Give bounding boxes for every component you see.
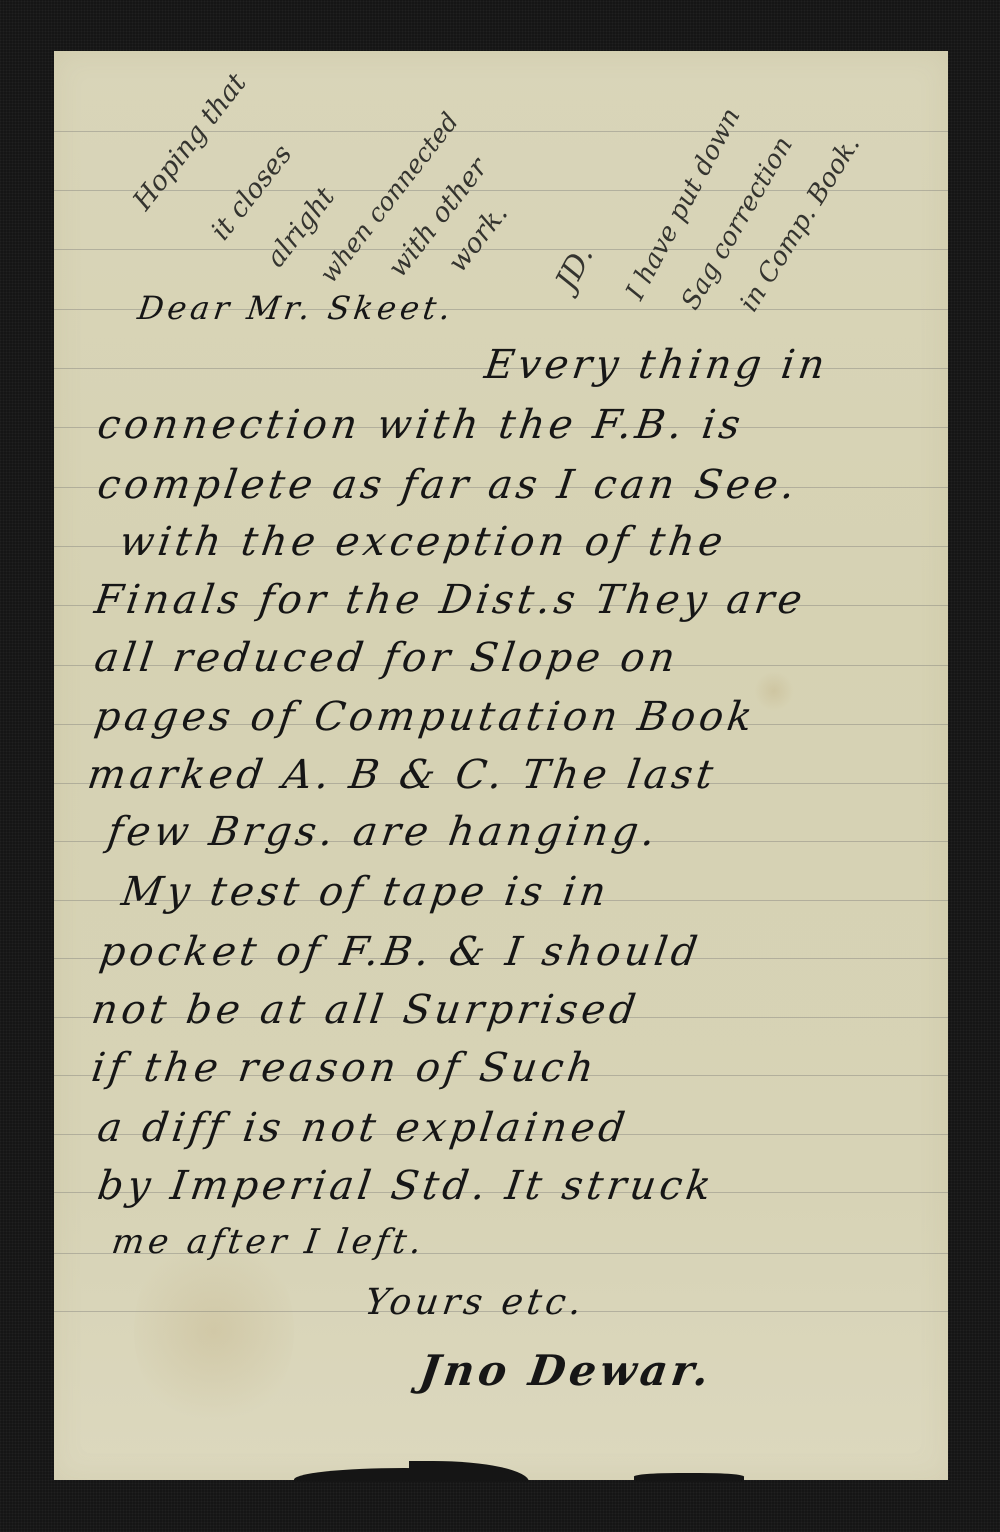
paper-stain [754, 671, 794, 711]
ruled-line [54, 249, 948, 250]
body-line: a diff is not explained [95, 1108, 631, 1148]
body-line: me after I left. [110, 1225, 428, 1259]
body-line: marked A. B & C. The last [85, 755, 719, 795]
body-line: pages of Computation Book [92, 697, 758, 737]
body-line: pocket of F.B. & I should [97, 932, 703, 972]
body-line: if the reason of Such [89, 1048, 600, 1088]
torn-edge [634, 1473, 744, 1482]
body-line: Finals for the Dist.s They are [92, 580, 808, 620]
body-line: few Brgs. are hanging. [105, 812, 661, 852]
body-line: complete as far as I can See. [95, 465, 801, 505]
body-line: My test of tape is in [119, 872, 612, 912]
body-line: Every thing in [482, 345, 831, 385]
body-line: connection with the F.B. is [95, 405, 746, 445]
body-line: with the exception of the [117, 522, 729, 562]
closing: Yours etc. [362, 1285, 587, 1321]
signature: Jno Dewar. [417, 1350, 715, 1392]
body-line: not be at all Surprised [89, 990, 642, 1030]
body-line: all reduced for Slope on [92, 638, 681, 678]
body-line: by Imperial Std. It struck [95, 1166, 717, 1206]
torn-edge [409, 1461, 529, 1482]
salutation: Dear Mr. Skeet. [136, 292, 457, 324]
